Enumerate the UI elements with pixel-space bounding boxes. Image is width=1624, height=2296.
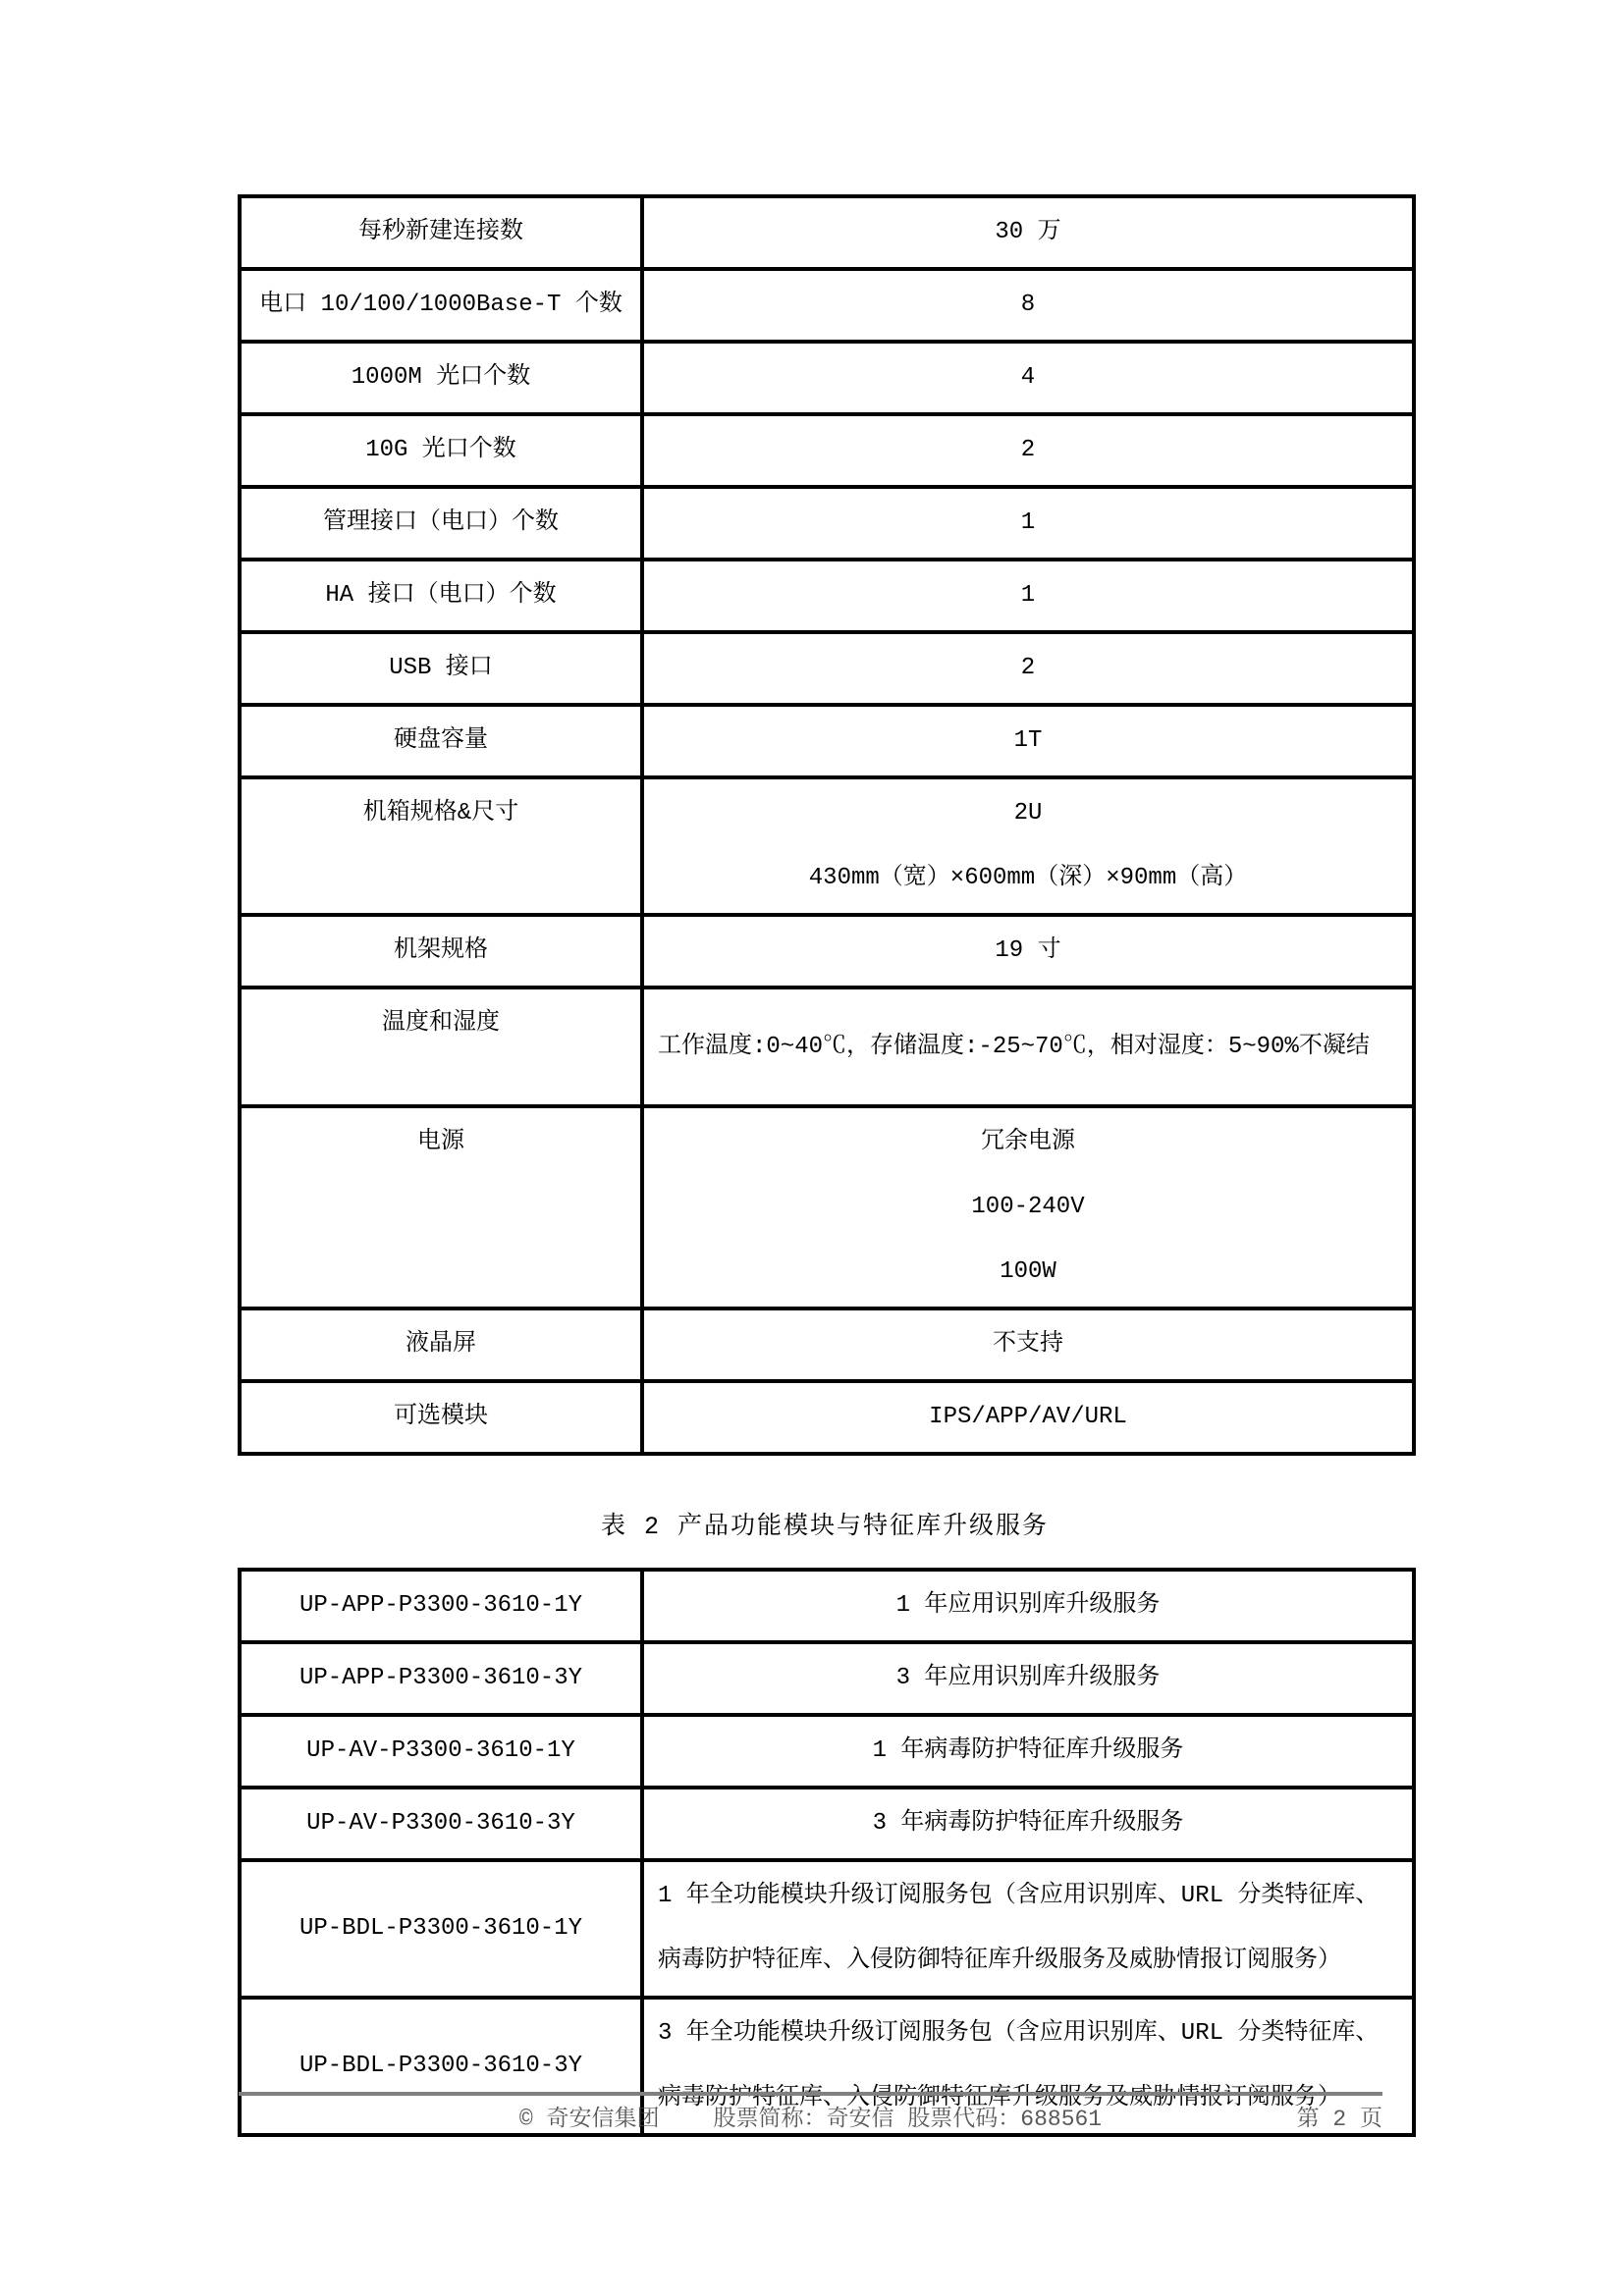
footer-text: © 奇安信集团股票简称：奇安信 股票代码：688561 第 2 页 bbox=[239, 2105, 1382, 2134]
upgrade-service-table: UP-APP-P3300-3610-1Y1 年应用识别库升级服务UP-APP-P… bbox=[238, 1568, 1416, 2137]
page-footer: © 奇安信集团股票简称：奇安信 股票代码：688561 第 2 页 bbox=[239, 2092, 1382, 2134]
upgrade-sku-text: UP-BDL-P3300-3610-3Y bbox=[247, 2034, 634, 2099]
spec-value-text: 1 bbox=[650, 491, 1406, 556]
spec-value-text: 2 bbox=[650, 636, 1406, 701]
spec-value: 1T bbox=[642, 705, 1414, 777]
spec-value-text: 1T bbox=[650, 709, 1406, 774]
spec-label: 1000M 光口个数 bbox=[240, 342, 642, 414]
spec-value-text: 100-240V bbox=[650, 1175, 1406, 1240]
spec-row: 管理接口（电口）个数1 bbox=[240, 487, 1414, 560]
upgrade-desc-text: 3 年全功能模块升级订阅服务包（含应用识别库、URL 分类特征库、 bbox=[658, 2002, 1404, 2066]
upgrade-row: UP-APP-P3300-3610-1Y1 年应用识别库升级服务 bbox=[240, 1570, 1414, 1642]
upgrade-desc: 1 年病毒防护特征库升级服务 bbox=[642, 1715, 1414, 1788]
spec-label: 10G 光口个数 bbox=[240, 414, 642, 487]
spec-label-text: 硬盘容量 bbox=[247, 709, 634, 774]
spec-table-body: 每秒新建连接数30 万电口 10/100/1000Base-T 个数81000M… bbox=[240, 196, 1414, 1454]
spec-label-text: 10G 光口个数 bbox=[247, 418, 634, 483]
upgrade-desc: 3 年病毒防护特征库升级服务 bbox=[642, 1788, 1414, 1860]
spec-label-text: 管理接口（电口）个数 bbox=[247, 491, 634, 556]
spec-value: 2 bbox=[642, 414, 1414, 487]
spec-value-text: 工作温度:0~40℃，存储温度:-25~70℃，相对湿度：5~90%不凝结 bbox=[658, 1015, 1404, 1080]
spec-label: USB 接口 bbox=[240, 632, 642, 705]
spec-label: 液晶屏 bbox=[240, 1308, 642, 1381]
footer-copyright: © 奇安信集团 bbox=[519, 2107, 660, 2132]
spec-label-text: 机架规格 bbox=[247, 919, 634, 984]
spec-row: 硬盘容量1T bbox=[240, 705, 1414, 777]
document-page: 每秒新建连接数30 万电口 10/100/1000Base-T 个数81000M… bbox=[238, 194, 1412, 2137]
spec-row: 机箱规格&尺寸2U430mm（宽）×600mm（深）×90mm（高） bbox=[240, 777, 1414, 915]
spec-label: 电源 bbox=[240, 1106, 642, 1308]
upgrade-desc: 1 年全功能模块升级订阅服务包（含应用识别库、URL 分类特征库、病毒防护特征库… bbox=[642, 1860, 1414, 1998]
spec-value-text: 30 万 bbox=[650, 200, 1406, 265]
upgrade-desc-text: 1 年病毒防护特征库升级服务 bbox=[650, 1719, 1406, 1784]
upgrade-sku-text: UP-APP-P3300-3610-1Y bbox=[247, 1574, 634, 1638]
spec-label: HA 接口（电口）个数 bbox=[240, 560, 642, 632]
spec-label-text: 液晶屏 bbox=[247, 1312, 634, 1377]
spec-label-text: HA 接口（电口）个数 bbox=[247, 563, 634, 628]
spec-label: 电口 10/100/1000Base-T 个数 bbox=[240, 269, 642, 342]
upgrade-sku: UP-BDL-P3300-3610-1Y bbox=[240, 1860, 642, 1998]
spec-label: 每秒新建连接数 bbox=[240, 196, 642, 269]
upgrade-row: UP-AV-P3300-3610-3Y3 年病毒防护特征库升级服务 bbox=[240, 1788, 1414, 1860]
spec-label-text: 电口 10/100/1000Base-T 个数 bbox=[247, 273, 634, 338]
upgrade-sku-text: UP-APP-P3300-3610-3Y bbox=[247, 1646, 634, 1711]
spec-value-text: IPS/APP/AV/URL bbox=[650, 1385, 1406, 1450]
upgrade-sku-text: UP-BDL-P3300-3610-1Y bbox=[247, 1896, 634, 1961]
upgrade-desc-text: 病毒防护特征库、入侵防御特征库升级服务及威胁情报订阅服务） bbox=[658, 1929, 1404, 1994]
spec-row: 机架规格19 寸 bbox=[240, 915, 1414, 988]
spec-label-text: 电源 bbox=[247, 1110, 634, 1175]
spec-label-text: 每秒新建连接数 bbox=[247, 200, 634, 265]
spec-value-text: 8 bbox=[650, 273, 1406, 338]
table2-caption: 表 2 产品功能模块与特征库升级服务 bbox=[238, 1509, 1412, 1546]
footer-page-number: 第 2 页 bbox=[1297, 2105, 1382, 2134]
spec-row: 1000M 光口个数4 bbox=[240, 342, 1414, 414]
spec-value-text: 19 寸 bbox=[650, 919, 1406, 984]
upgrade-desc-text: 1 年全功能模块升级订阅服务包（含应用识别库、URL 分类特征库、 bbox=[658, 1864, 1404, 1929]
spec-value: 工作温度:0~40℃，存储温度:-25~70℃，相对湿度：5~90%不凝结 bbox=[642, 988, 1414, 1106]
spec-table: 每秒新建连接数30 万电口 10/100/1000Base-T 个数81000M… bbox=[238, 194, 1416, 1456]
upgrade-sku: UP-AV-P3300-3610-3Y bbox=[240, 1788, 642, 1860]
spec-label: 硬盘容量 bbox=[240, 705, 642, 777]
footer-divider-bar bbox=[239, 2092, 1382, 2096]
footer-stock-info: 股票简称：奇安信 股票代码：688561 bbox=[713, 2107, 1102, 2132]
upgrade-desc-text: 3 年病毒防护特征库升级服务 bbox=[650, 1791, 1406, 1856]
spec-row: 每秒新建连接数30 万 bbox=[240, 196, 1414, 269]
spec-value-text: 430mm（宽）×600mm（深）×90mm（高） bbox=[650, 846, 1406, 911]
spec-row: 电源冗余电源100-240V100W bbox=[240, 1106, 1414, 1308]
upgrade-sku: UP-APP-P3300-3610-1Y bbox=[240, 1570, 642, 1642]
upgrade-desc-text: 1 年应用识别库升级服务 bbox=[650, 1574, 1406, 1638]
spec-value: 冗余电源100-240V100W bbox=[642, 1106, 1414, 1308]
spec-row: 温度和湿度工作温度:0~40℃，存储温度:-25~70℃，相对湿度：5~90%不… bbox=[240, 988, 1414, 1106]
upgrade-row: UP-APP-P3300-3610-3Y3 年应用识别库升级服务 bbox=[240, 1642, 1414, 1715]
spec-label-text: 可选模块 bbox=[247, 1385, 634, 1450]
spec-value: 8 bbox=[642, 269, 1414, 342]
upgrade-desc: 3 年应用识别库升级服务 bbox=[642, 1642, 1414, 1715]
spec-value: 1 bbox=[642, 560, 1414, 632]
upgrade-row: UP-BDL-P3300-3610-1Y1 年全功能模块升级订阅服务包（含应用识… bbox=[240, 1860, 1414, 1998]
spec-row: 液晶屏不支持 bbox=[240, 1308, 1414, 1381]
spec-label: 机箱规格&尺寸 bbox=[240, 777, 642, 915]
spec-label: 机架规格 bbox=[240, 915, 642, 988]
spec-value: IPS/APP/AV/URL bbox=[642, 1381, 1414, 1454]
spec-label: 管理接口（电口）个数 bbox=[240, 487, 642, 560]
upgrade-sku: UP-APP-P3300-3610-3Y bbox=[240, 1642, 642, 1715]
spec-value-text: 1 bbox=[650, 563, 1406, 628]
upgrade-table-body: UP-APP-P3300-3610-1Y1 年应用识别库升级服务UP-APP-P… bbox=[240, 1570, 1414, 2135]
spec-label-text: 1000M 光口个数 bbox=[247, 346, 634, 410]
spec-value: 1 bbox=[642, 487, 1414, 560]
spec-value: 2U430mm（宽）×600mm（深）×90mm（高） bbox=[642, 777, 1414, 915]
spec-value-text: 100W bbox=[650, 1240, 1406, 1305]
spec-value: 4 bbox=[642, 342, 1414, 414]
spec-row: 电口 10/100/1000Base-T 个数8 bbox=[240, 269, 1414, 342]
spec-label-text: 机箱规格&尺寸 bbox=[247, 781, 634, 846]
spec-value-text: 4 bbox=[650, 346, 1406, 410]
spec-value-text: 2 bbox=[650, 418, 1406, 483]
spec-value-text: 冗余电源 bbox=[650, 1110, 1406, 1175]
upgrade-desc: 1 年应用识别库升级服务 bbox=[642, 1570, 1414, 1642]
spec-value: 不支持 bbox=[642, 1308, 1414, 1381]
spec-value: 30 万 bbox=[642, 196, 1414, 269]
spec-row: HA 接口（电口）个数1 bbox=[240, 560, 1414, 632]
upgrade-sku-text: UP-AV-P3300-3610-1Y bbox=[247, 1719, 634, 1784]
spec-value-text: 不支持 bbox=[650, 1312, 1406, 1377]
upgrade-sku-text: UP-AV-P3300-3610-3Y bbox=[247, 1791, 634, 1856]
spec-row: 可选模块IPS/APP/AV/URL bbox=[240, 1381, 1414, 1454]
spec-row: 10G 光口个数2 bbox=[240, 414, 1414, 487]
spec-value-text: 2U bbox=[650, 781, 1406, 846]
spec-label: 温度和湿度 bbox=[240, 988, 642, 1106]
spec-value: 2 bbox=[642, 632, 1414, 705]
spec-label: 可选模块 bbox=[240, 1381, 642, 1454]
spec-row: USB 接口2 bbox=[240, 632, 1414, 705]
spec-value: 19 寸 bbox=[642, 915, 1414, 988]
upgrade-row: UP-AV-P3300-3610-1Y1 年病毒防护特征库升级服务 bbox=[240, 1715, 1414, 1788]
upgrade-desc-text: 3 年应用识别库升级服务 bbox=[650, 1646, 1406, 1711]
spec-label-text: 温度和湿度 bbox=[247, 991, 634, 1056]
upgrade-sku: UP-AV-P3300-3610-1Y bbox=[240, 1715, 642, 1788]
spec-label-text: USB 接口 bbox=[247, 636, 634, 701]
